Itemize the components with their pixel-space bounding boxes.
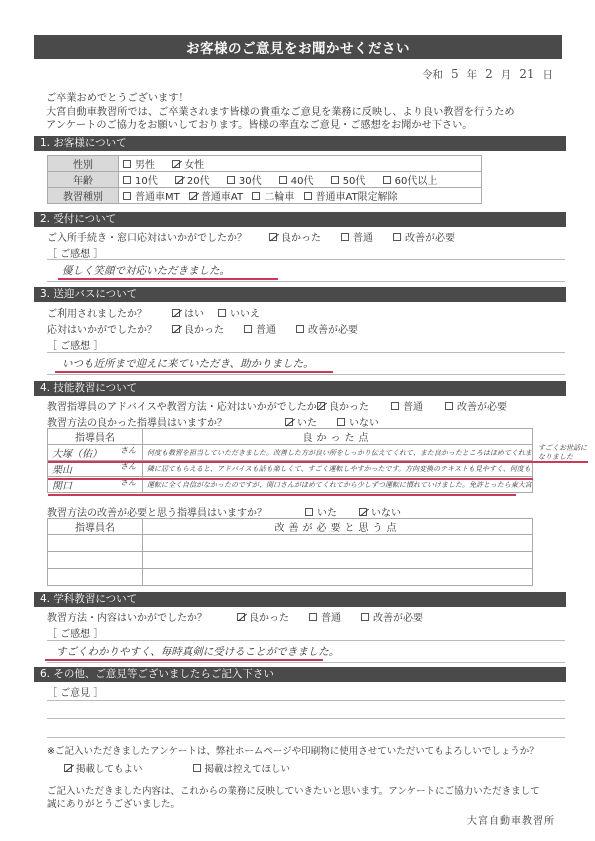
checkbox-improve-instructor-no[interactable]: いない — [359, 504, 401, 519]
consent-options: 掲載してもよい 掲載は控えてほしい — [64, 761, 304, 775]
checkbox-checked-icon — [269, 233, 277, 241]
checkbox-checked-icon — [359, 508, 367, 516]
section-3-heading: 3. 送迎バスについて — [34, 287, 566, 302]
checkbox-improve-instructor-yes[interactable]: いた — [305, 504, 337, 519]
divider — [47, 374, 565, 375]
thanks-line: ご記入いただきました内容は、これからの業務に反映していきたいと思います。アンケー… — [47, 786, 540, 799]
instructor-name-cell[interactable]: 栗山さん — [48, 461, 143, 477]
other-comment-line[interactable] — [47, 718, 565, 719]
checkbox-reception-normal[interactable]: 普通 — [341, 229, 373, 244]
table-row — [48, 535, 533, 552]
column-header-improve-points: 改善が必要と思う点 — [143, 519, 533, 535]
checkbox-icon — [383, 176, 391, 184]
gender-label: 性別 — [48, 156, 119, 172]
checkbox-icon — [331, 176, 339, 184]
checkbox-icon — [123, 176, 131, 184]
bus-usage-question: ご利用されましたか？ — [47, 305, 172, 320]
divider — [47, 259, 565, 260]
table-header: 指導員名 改善が必要と思う点 — [48, 519, 533, 535]
checkbox-checked-icon — [175, 176, 183, 184]
checkbox-checked-icon — [172, 325, 180, 333]
thanks-line: 誠にありがとうございました。 — [47, 799, 540, 812]
date-day[interactable]: 21 — [515, 67, 538, 81]
checkbox-age-40s[interactable]: 40代 — [279, 172, 314, 187]
divider — [47, 352, 565, 353]
instructor-name-cell[interactable] — [48, 569, 143, 586]
checkbox-age-30s[interactable]: 30代 — [227, 172, 262, 187]
checkbox-academic-normal[interactable]: 普通 — [309, 609, 341, 624]
checkbox-bus-no[interactable]: いいえ — [218, 305, 260, 320]
checkbox-checked-icon — [285, 418, 293, 426]
checkbox-motorcycle[interactable]: 二輪車 — [252, 188, 294, 203]
academic-comment[interactable]: すごくわかりやすく、毎時真剣に受けることができました。 — [56, 644, 339, 659]
red-underline — [58, 278, 278, 280]
other-comment-label: ［ ご意見 ］ — [47, 684, 103, 699]
date-month[interactable]: 2 — [481, 67, 497, 81]
instructor-name-cell[interactable]: 大塚（佑）さん — [48, 445, 143, 461]
bus-service-question: 応対はいかがでしたか？ — [47, 321, 172, 336]
bus-usage-row: ご利用されましたか？ はい いいえ — [47, 305, 274, 320]
checkbox-bus-needs-improvement[interactable]: 改善が必要 — [296, 321, 358, 336]
checkbox-academic-needs-improvement[interactable]: 改善が必要 — [361, 609, 423, 624]
improve-instructor-row: 教習方法の改善が必要と思う指導員はいますか？ いた いない — [47, 504, 415, 519]
checkbox-skill-good[interactable]: 良かった — [317, 398, 369, 413]
divider — [47, 640, 565, 641]
table-row: 栗山さん 隣に居てもらえると、アドバイスも話も楽しくて、すごく運転しやすかったで… — [48, 461, 533, 477]
checkbox-icon — [218, 309, 226, 317]
improve-instructor-table: 指導員名 改善が必要と思う点 — [47, 518, 533, 586]
improve-point-cell[interactable] — [143, 552, 533, 569]
age-row: 年齢 10代 20代 30代 40代 50代 60代以上 — [48, 172, 482, 188]
age-label: 年齢 — [48, 172, 119, 188]
checkbox-icon — [123, 192, 131, 200]
course-type-label: 教習種別 — [48, 188, 119, 204]
checkbox-icon — [244, 325, 252, 333]
section-5-heading: 4. 学科教習について — [34, 592, 566, 607]
table-header: 指導員名 良かった点 — [48, 429, 533, 445]
intro-line: ご卒業おめでとうございます！ — [46, 92, 515, 106]
table-row: 大塚（佑）さん 何度も教習を担当していただきました。改善した方が良い所をしっかり… — [48, 445, 533, 461]
checkbox-bus-yes[interactable]: はい — [172, 305, 204, 320]
checkbox-mt[interactable]: 普通車MT — [123, 188, 180, 203]
skill-advice-row: 教習指導員のアドバイスや教習方法・応対はいかがでしたか？ 良かった 普通 改善が… — [47, 398, 521, 413]
column-header-instructor: 指導員名 — [48, 519, 143, 535]
other-comment-line[interactable] — [47, 737, 565, 738]
checkbox-checked-icon — [317, 402, 325, 410]
section-6-heading: 6. その他、ご意見等ございましたらご記入下さい — [34, 667, 566, 682]
column-header-instructor: 指導員名 — [48, 429, 143, 445]
section-4-heading: 4. 技能教習について — [34, 381, 566, 396]
section-2-heading: 2. 受付について — [34, 212, 566, 227]
survey-form: お客様のご意見をお聞かせください 令和 5 年 2 月 21 日 ご卒業おめでと… — [0, 0, 595, 841]
improve-point-cell[interactable] — [143, 569, 533, 586]
signature: 大宮自動車教習所 — [467, 812, 555, 827]
margin-note: すごくお世話になりました — [538, 444, 593, 462]
form-title: お客様のご意見をお聞かせください — [34, 35, 562, 59]
checkbox-icon — [337, 418, 345, 426]
checkbox-female[interactable]: 女性 — [172, 156, 204, 171]
checkbox-reception-needs-improvement[interactable]: 改善が必要 — [393, 229, 455, 244]
checkbox-academic-good[interactable]: 良かった — [237, 609, 289, 624]
red-underline — [55, 371, 333, 373]
intro-text: ご卒業おめでとうございます！ 大宮自動車教習所では、ご卒業されます皆様の貴重なご… — [46, 92, 515, 133]
customer-info-table: 性別 男性 女性 年齢 10代 20代 30代 40代 50代 60代以上 教習… — [47, 155, 482, 204]
divider — [47, 281, 565, 282]
checkbox-icon — [227, 176, 235, 184]
checkbox-icon — [304, 192, 312, 200]
checkbox-icon — [305, 508, 313, 516]
red-underline — [45, 659, 323, 661]
checkbox-bus-normal[interactable]: 普通 — [244, 321, 276, 336]
date-field: 令和 5 年 2 月 21 日 — [422, 67, 553, 82]
checkbox-checked-icon — [172, 309, 180, 317]
section-1-heading: 1. お客様について — [34, 136, 566, 151]
checkbox-age-50s[interactable]: 50代 — [331, 172, 366, 187]
checkbox-icon — [393, 233, 401, 241]
checkbox-skill-needs-improvement[interactable]: 改善が必要 — [445, 398, 507, 413]
academic-question-row: 教習方法・内容はいかがでしたか？ 良かった 普通 改善が必要 — [47, 609, 437, 624]
gender-row: 性別 男性 女性 — [48, 156, 482, 172]
checkbox-icon — [341, 233, 349, 241]
checkbox-icon — [123, 160, 131, 168]
checkbox-icon — [252, 192, 260, 200]
course-type-row: 教習種別 普通車MT 普通車AT 二輪車 普通車AT限定解除 — [48, 188, 482, 204]
checkbox-at-limit-removal[interactable]: 普通車AT限定解除 — [304, 188, 398, 203]
checkbox-checked-icon — [189, 192, 197, 200]
good-instructor-row: 教習方法の良かった指導員はいますか？ いた いない — [47, 414, 393, 429]
table-row — [48, 569, 533, 586]
date-year-label: 年 — [467, 67, 478, 82]
table-row — [48, 552, 533, 569]
academic-comment-label: ［ ご感想 ］ — [47, 625, 103, 640]
reception-question-row: ご入所手続き・窓口応対はいかがでしたか？ 良かった 普通 改善が必要 — [47, 229, 469, 244]
checkbox-age-10s[interactable]: 10代 — [123, 172, 158, 187]
improve-instructor-question: 教習方法の改善が必要と思う指導員はいますか？ — [47, 504, 305, 519]
checkbox-reception-good[interactable]: 良かった — [269, 229, 321, 244]
bus-comment-label: ［ ご感想 ］ — [47, 337, 103, 352]
thanks-text: ご記入いただきました内容は、これからの業務に反映していきたいと思います。アンケー… — [47, 786, 540, 811]
checkbox-male[interactable]: 男性 — [123, 156, 155, 171]
instructor-name-cell[interactable] — [48, 552, 143, 569]
checkbox-skill-normal[interactable]: 普通 — [391, 398, 423, 413]
checkbox-icon — [193, 764, 201, 772]
checkbox-bus-good[interactable]: 良かった — [172, 321, 224, 336]
checkbox-icon — [296, 325, 304, 333]
checkbox-good-instructor-no[interactable]: いない — [337, 414, 379, 429]
date-year[interactable]: 5 — [447, 67, 463, 81]
instructor-name-cell[interactable] — [48, 535, 143, 552]
checkbox-checked-icon — [237, 613, 245, 621]
checkbox-checked-icon — [64, 764, 72, 772]
checkbox-age-60s-plus[interactable]: 60代以上 — [383, 172, 438, 187]
skill-advice-question: 教習指導員のアドバイスや教習方法・応対はいかがでしたか？ — [47, 398, 317, 413]
bus-service-row: 応対はいかがでしたか？ 良かった 普通 改善が必要 — [47, 321, 372, 336]
bus-comment[interactable]: いつも近所まで迎えに来ていただき、助かりました。 — [62, 356, 314, 371]
checkbox-icon — [309, 613, 317, 621]
red-underline — [48, 461, 588, 463]
divider — [47, 662, 565, 663]
intro-line: 大宮自動車教習所では、ご卒業されます皆様の貴重なご意見を業務に反映し、より良い教… — [46, 106, 515, 120]
checkbox-publish-decline[interactable]: 掲載は控えてほしい — [193, 761, 291, 775]
checkbox-icon — [391, 402, 399, 410]
consent-question: ※ご記入いただきましたアンケートは、弊社ホームページや印刷物に使用させていただい… — [47, 746, 539, 759]
checkbox-good-instructor-yes[interactable]: いた — [285, 414, 317, 429]
checkbox-checked-icon — [172, 160, 180, 168]
academic-question: 教習方法・内容はいかがでしたか？ — [47, 609, 237, 624]
checkbox-age-20s[interactable]: 20代 — [175, 172, 210, 187]
reception-comment[interactable]: 優しく笑顔で対応いただきました。 — [62, 263, 230, 278]
red-underline — [48, 494, 516, 496]
good-point-cell[interactable]: 隣に居てもらえると、アドバイスも話も楽しくて、すごく運転しやすかったです。方向変… — [143, 461, 533, 477]
checkbox-icon — [361, 613, 369, 621]
date-month-label: 月 — [501, 67, 512, 82]
column-header-good-points: 良かった点 — [143, 429, 533, 445]
reception-comment-label: ［ ご感想 ］ — [47, 245, 103, 260]
date-era: 令和 — [422, 67, 443, 82]
red-underline — [48, 478, 533, 480]
reception-question: ご入所手続き・窓口応対はいかがでしたか？ — [47, 229, 269, 244]
intro-line: アンケートのご協力をお願いしております。皆様の率直なご意見・ご感想をお聞かせ下さ… — [46, 119, 515, 133]
other-comment-line[interactable] — [47, 700, 565, 701]
date-day-label: 日 — [543, 67, 554, 82]
improve-point-cell[interactable] — [143, 535, 533, 552]
good-instructor-question: 教習方法の良かった指導員はいますか？ — [47, 414, 285, 429]
checkbox-icon — [279, 176, 287, 184]
good-point-cell[interactable]: 何度も教習を担当していただきました。改善した方が良い所をしっかり伝えてくれて、ま… — [143, 445, 533, 461]
checkbox-at[interactable]: 普通車AT — [189, 188, 243, 203]
checkbox-icon — [445, 402, 453, 410]
checkbox-publish-ok[interactable]: 掲載してもよい — [64, 761, 143, 775]
